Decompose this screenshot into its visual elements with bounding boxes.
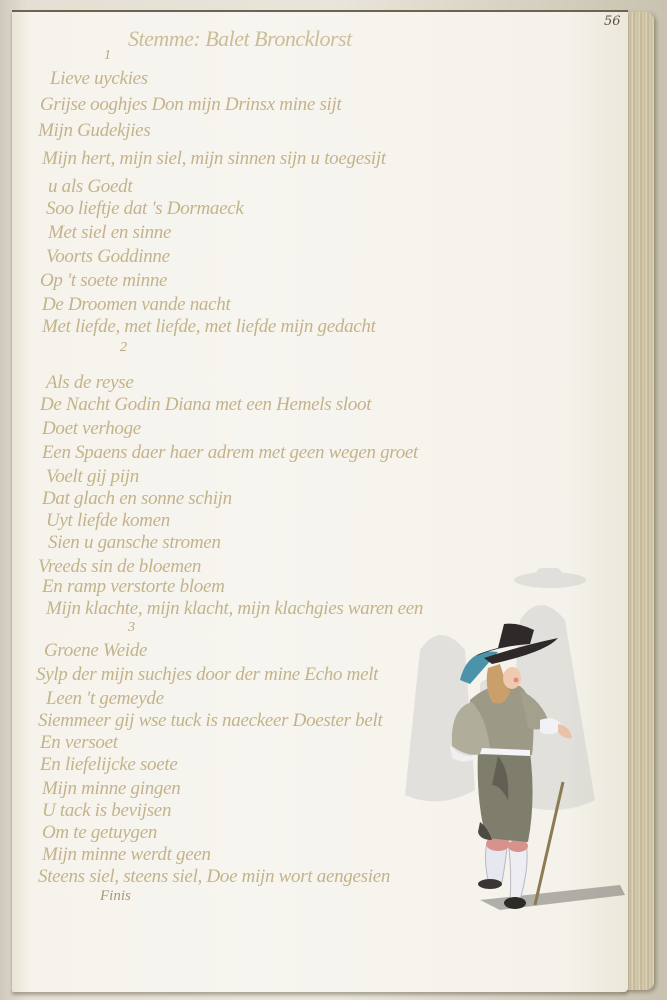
- verse-line: Grijse ooghjes Don mijn Drinsx mine sijt: [40, 94, 342, 116]
- cast-shadow: [480, 885, 625, 910]
- verse-line: Groene Weide: [44, 640, 147, 662]
- verse-line: En ramp verstorte bloem: [42, 576, 225, 598]
- verse-line: Op 't soete minne: [40, 270, 167, 292]
- verse-line: Mijn minne gingen: [42, 778, 180, 800]
- verse-line: Uyt liefde komen: [46, 510, 170, 532]
- verse-line: Een Spaens daer haer adrem met geen wege…: [42, 442, 418, 464]
- verse-line: En versoet: [40, 732, 118, 754]
- verse-number: 1: [104, 48, 111, 64]
- verse-line: Dat glach en sonne schijn: [42, 488, 232, 510]
- verse-line: U tack is bevijsen: [42, 800, 171, 822]
- verse-line: Mijn hert, mijn siel, mijn sinnen sijn u…: [42, 148, 386, 170]
- finis-signature: Finis: [100, 888, 131, 905]
- cavalier-illustration: [380, 560, 630, 940]
- verse-line: Mijn minne werdt geen: [42, 844, 211, 866]
- verse-line: Met siel en sinne: [48, 222, 171, 244]
- verse-line: Voorts Goddinne: [46, 246, 170, 268]
- verse-line: De Droomen vande nacht: [42, 294, 230, 316]
- verse-line: Mijn Gudekjies: [38, 120, 150, 142]
- verse-line: En liefelijcke soete: [40, 754, 177, 776]
- face: [503, 667, 521, 689]
- verse-number: 3: [128, 620, 135, 636]
- right-shoe: [504, 897, 526, 909]
- verse-line: Steens siel, steens siel, Doe mijn wort …: [38, 866, 390, 888]
- verse-number: 2: [120, 340, 127, 356]
- verse-line: De Nacht Godin Diana met een Hemels sloo…: [40, 394, 371, 416]
- verse-line: Om te getuygen: [42, 822, 157, 844]
- verse-line: Doet verhoge: [42, 418, 141, 440]
- verse-line: Sylp der mijn suchjes door der mine Echo…: [36, 664, 378, 686]
- verse-line: Leen 't gemeyde: [46, 688, 164, 710]
- verse-line: Vreeds sin de bloemen: [38, 556, 201, 578]
- verse-line: Mijn klachte, mijn klacht, mijn klachgie…: [46, 598, 423, 620]
- verse-line: Siemmeer gij wse tuck is naeckeer Doeste…: [38, 710, 382, 732]
- verse-line: Als de reyse: [46, 372, 134, 394]
- verse-line: Soo lieftje dat 's Dormaeck: [46, 198, 244, 220]
- verse-line: Met liefde, met liefde, met liefde mijn …: [42, 316, 376, 338]
- left-shoe: [478, 879, 502, 889]
- song-heading: Stemme: Balet Broncklorst: [128, 26, 352, 52]
- verse-line: u als Goedt: [48, 176, 132, 198]
- verse-line: Voelt gij pijn: [46, 466, 139, 488]
- page-number: 56: [604, 14, 621, 29]
- verse-line: Sien u gansche stromen: [48, 532, 221, 554]
- verse-line: Lieve uyckies: [50, 68, 148, 90]
